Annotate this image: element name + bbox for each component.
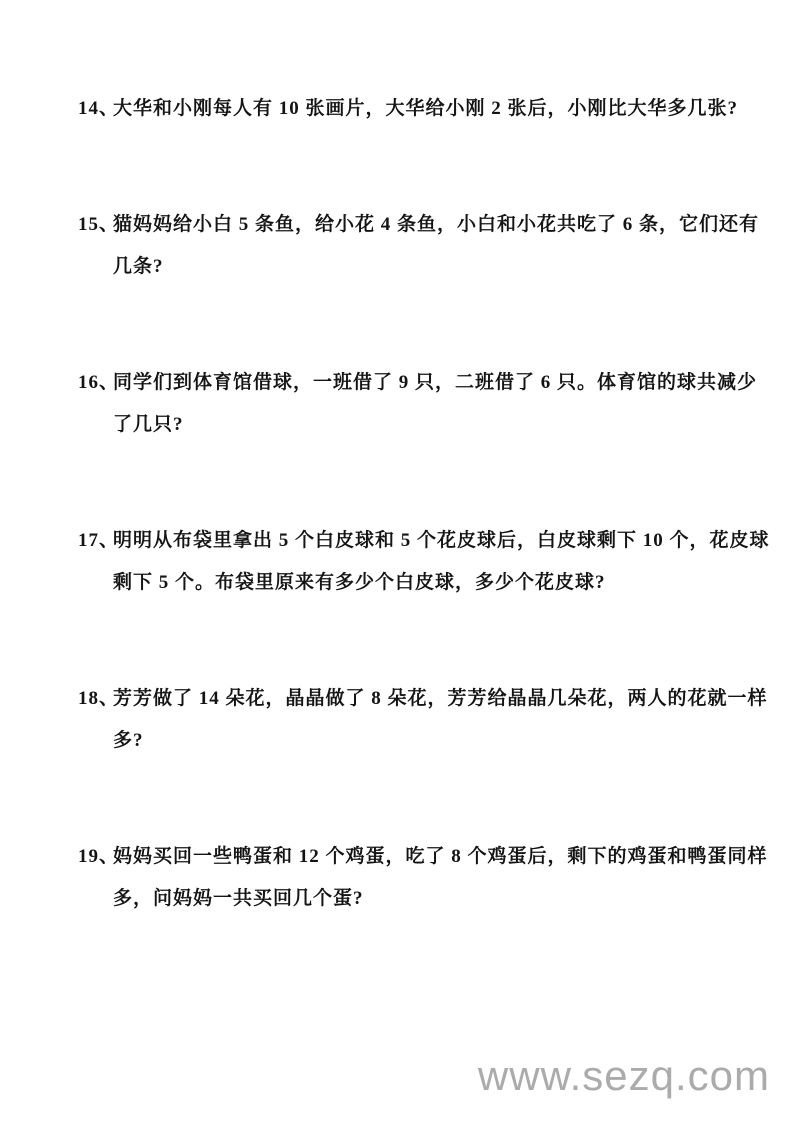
question-number: 16、 bbox=[78, 362, 113, 404]
question-item-17: 17、 明明从布袋里拿出 5 个白皮球和 5 个花皮球后，白皮球剩下 10 个，… bbox=[78, 520, 770, 604]
question-number: 19、 bbox=[78, 836, 113, 878]
question-line: 猫妈妈给小白 5 条鱼，给小花 4 条鱼，小白和小花共吃了 6 条，它们还有 bbox=[113, 204, 770, 246]
question-number: 18、 bbox=[78, 678, 113, 720]
question-line: 多，问妈妈一共买回几个蛋? bbox=[113, 878, 770, 920]
question-text: 猫妈妈给小白 5 条鱼，给小花 4 条鱼，小白和小花共吃了 6 条，它们还有 几… bbox=[113, 204, 770, 288]
question-line: 同学们到体育馆借球，一班借了 9 只，二班借了 6 只。体育馆的球共减少 bbox=[113, 362, 770, 404]
question-number: 17、 bbox=[78, 520, 113, 562]
question-text: 同学们到体育馆借球，一班借了 9 只，二班借了 6 只。体育馆的球共减少 了几只… bbox=[113, 362, 770, 446]
question-text: 芳芳做了 14 朵花，晶晶做了 8 朵花，芳芳给晶晶几朵花，两人的花就一样 多? bbox=[113, 678, 770, 762]
question-text: 大华和小刚每人有 10 张画片，大华给小刚 2 张后，小刚比大华多几张? bbox=[113, 88, 770, 130]
question-item-18: 18、 芳芳做了 14 朵花，晶晶做了 8 朵花，芳芳给晶晶几朵花，两人的花就一… bbox=[78, 678, 770, 762]
question-line: 剩下 5 个。布袋里原来有多少个白皮球，多少个花皮球? bbox=[113, 562, 770, 604]
question-line: 大华和小刚每人有 10 张画片，大华给小刚 2 张后，小刚比大华多几张? bbox=[113, 88, 770, 130]
question-item-16: 16、 同学们到体育馆借球，一班借了 9 只，二班借了 6 只。体育馆的球共减少… bbox=[78, 362, 770, 446]
question-item-19: 19、 妈妈买回一些鸭蛋和 12 个鸡蛋，吃了 8 个鸡蛋后，剩下的鸡蛋和鸭蛋同… bbox=[78, 836, 770, 920]
question-line: 明明从布袋里拿出 5 个白皮球和 5 个花皮球后，白皮球剩下 10 个，花皮球 bbox=[113, 520, 770, 562]
question-line: 妈妈买回一些鸭蛋和 12 个鸡蛋，吃了 8 个鸡蛋后，剩下的鸡蛋和鸭蛋同样 bbox=[113, 836, 770, 878]
worksheet-page: 14、 大华和小刚每人有 10 张画片，大华给小刚 2 张后，小刚比大华多几张?… bbox=[0, 0, 800, 1131]
question-item-14: 14、 大华和小刚每人有 10 张画片，大华给小刚 2 张后，小刚比大华多几张? bbox=[78, 88, 770, 130]
questions-list: 14、 大华和小刚每人有 10 张画片，大华给小刚 2 张后，小刚比大华多几张?… bbox=[0, 0, 800, 920]
question-line: 芳芳做了 14 朵花，晶晶做了 8 朵花，芳芳给晶晶几朵花，两人的花就一样 bbox=[113, 678, 770, 720]
question-line: 几条? bbox=[113, 246, 770, 288]
question-number: 14、 bbox=[78, 88, 113, 130]
question-text: 妈妈买回一些鸭蛋和 12 个鸡蛋，吃了 8 个鸡蛋后，剩下的鸡蛋和鸭蛋同样 多，… bbox=[113, 836, 770, 920]
question-line: 了几只? bbox=[113, 404, 770, 446]
watermark-text: www.sezq.com bbox=[478, 1055, 770, 1097]
question-line: 多? bbox=[113, 720, 770, 762]
question-item-15: 15、 猫妈妈给小白 5 条鱼，给小花 4 条鱼，小白和小花共吃了 6 条，它们… bbox=[78, 204, 770, 288]
question-text: 明明从布袋里拿出 5 个白皮球和 5 个花皮球后，白皮球剩下 10 个，花皮球 … bbox=[113, 520, 770, 604]
question-number: 15、 bbox=[78, 204, 113, 246]
